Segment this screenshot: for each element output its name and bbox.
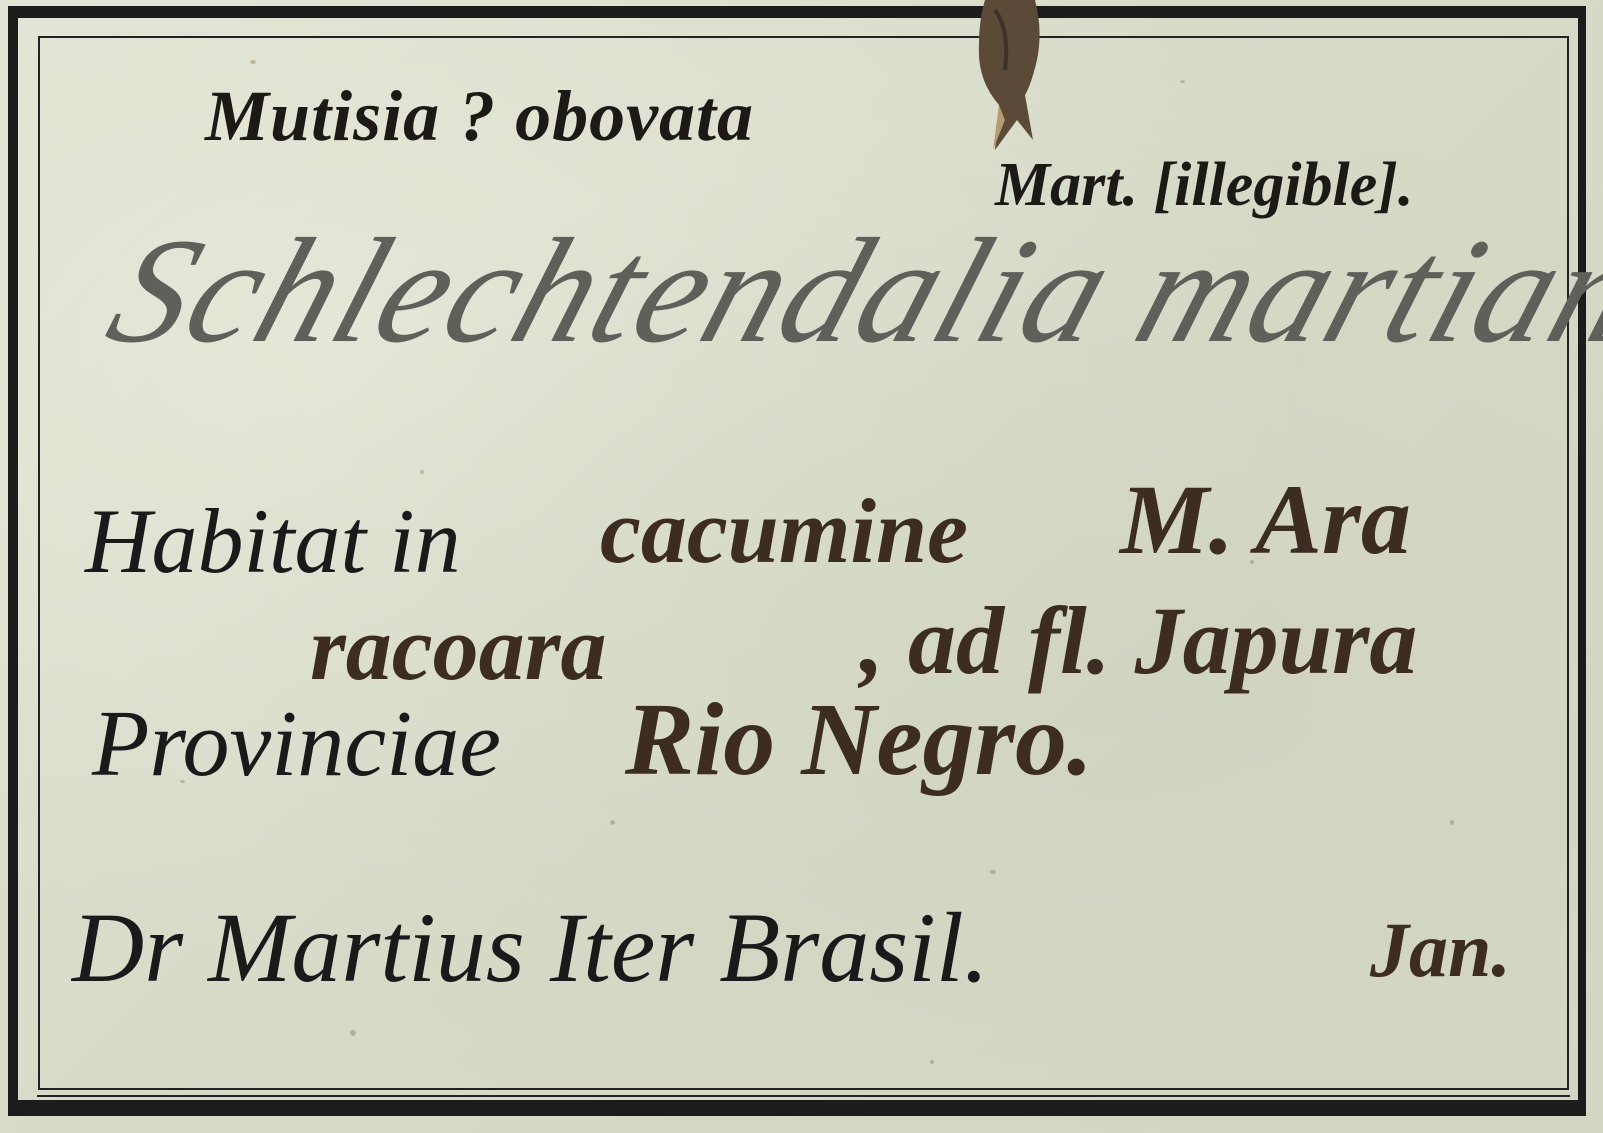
- collector-printed-line: Dr Martius Iter Brasil.: [72, 890, 989, 1005]
- habitat-text-2: M. Ara: [1120, 462, 1411, 577]
- determination-genus: Mutisia ? obovata: [205, 75, 754, 158]
- collection-date: Jan.: [1370, 905, 1511, 995]
- habitat-printed-label: Habitat in: [85, 488, 461, 594]
- dried-specimen-fragment: [965, 0, 1055, 150]
- habitat-text-3: racoara: [310, 595, 606, 701]
- province-text: Rio Negro.: [625, 680, 1093, 799]
- province-printed-label: Provinciae: [92, 690, 501, 798]
- habitat-text-1: cacumine: [600, 478, 968, 584]
- pencil-species-name: Schlechtendalia martiana, Bak: [90, 205, 1603, 377]
